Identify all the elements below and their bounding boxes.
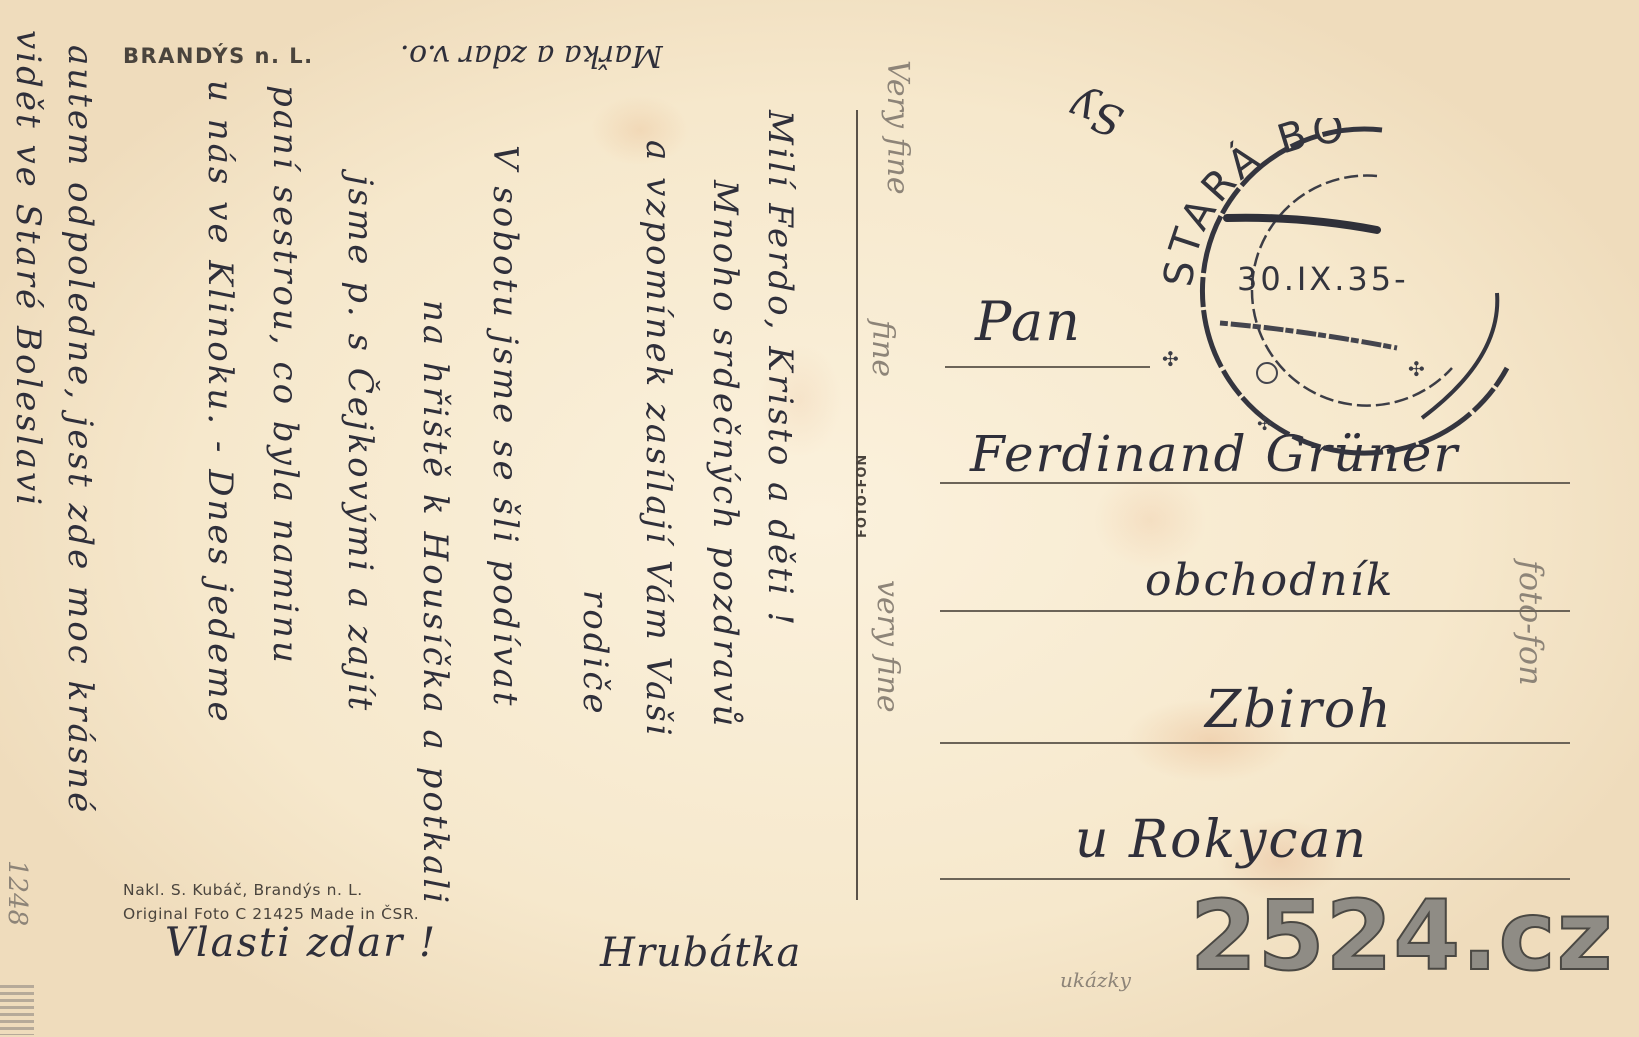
message-line: rodiče xyxy=(575,590,615,717)
watermark-logo: 2524.cz xyxy=(1190,880,1613,992)
postmark-stamp: STARÁ BO 30.IX.35- ✣ ✣ ✣ xyxy=(1152,118,1532,458)
svg-text:✣: ✣ xyxy=(1257,414,1272,435)
address-line-1 xyxy=(945,366,1150,368)
signature: Hrubátka xyxy=(600,930,801,976)
message-line: Mnoho srdečných pozdravů xyxy=(705,180,745,729)
publisher-line-1: Nakl. S. Kubáč, Brandýs n. L. xyxy=(123,878,419,902)
message-line: na hřiště k Housíčka a potkali xyxy=(415,300,455,906)
pencil-note-below: ukázky xyxy=(1060,968,1131,992)
message-line: paní sestrou, co byla naminu xyxy=(265,85,305,666)
message-line: Milí Ferdo, Kristo a děti ! xyxy=(760,110,800,628)
postmark-circles-icon: STARÁ BO 30.IX.35- ✣ ✣ ✣ xyxy=(1152,118,1532,458)
message-line: a vzpomínek zasílají Vám Vaši xyxy=(638,140,678,739)
message-line: autem odpoledne, jest zde moc krásné xyxy=(60,45,100,815)
divider-label: FOTO-FON xyxy=(855,454,870,538)
message-line: jsme p. s Čejkovými a zajít xyxy=(340,175,380,713)
svg-text:✣: ✣ xyxy=(1162,347,1179,371)
place-title: BRANDÝS n. L. xyxy=(123,44,314,68)
closing-greeting: Vlasti zdar ! xyxy=(165,920,437,966)
address-line-3 xyxy=(940,610,1570,612)
pencil-note: Very fine xyxy=(880,60,915,195)
postmark-date: 30.IX.35- xyxy=(1237,260,1409,298)
message-line: vidět ve Staré Boleslavi xyxy=(8,30,48,508)
pencil-note: very fine xyxy=(870,580,905,713)
address-salutation: Pan xyxy=(975,290,1082,353)
svg-text:✣: ✣ xyxy=(1408,357,1425,381)
top-scribble: Sy xyxy=(1063,82,1129,146)
publisher-imprint: Nakl. S. Kubáč, Brandýs n. L. Original F… xyxy=(123,878,419,926)
address-line-4 xyxy=(940,742,1570,744)
pencil-tally-marks xyxy=(0,985,34,1035)
pencil-note-right: foto-fon xyxy=(1512,560,1550,686)
pencil-note: fine xyxy=(865,320,900,377)
top-note: Mařka a zdar v.o. xyxy=(400,38,663,73)
address-district: u Rokycan xyxy=(1075,810,1368,870)
message-line: u nás ve Klinoku. - Dnes jedeme xyxy=(200,80,240,725)
address-occupation: obchodník xyxy=(1145,555,1394,606)
address-town: Zbiroh xyxy=(1205,680,1393,740)
pencil-note-left: 1248 xyxy=(2,860,32,926)
message-line: V sobotu jsme se šli podívat xyxy=(485,145,525,708)
postcard-back: BRANDÝS n. L. Nakl. S. Kubáč, Brandýs n.… xyxy=(0,0,1639,1037)
